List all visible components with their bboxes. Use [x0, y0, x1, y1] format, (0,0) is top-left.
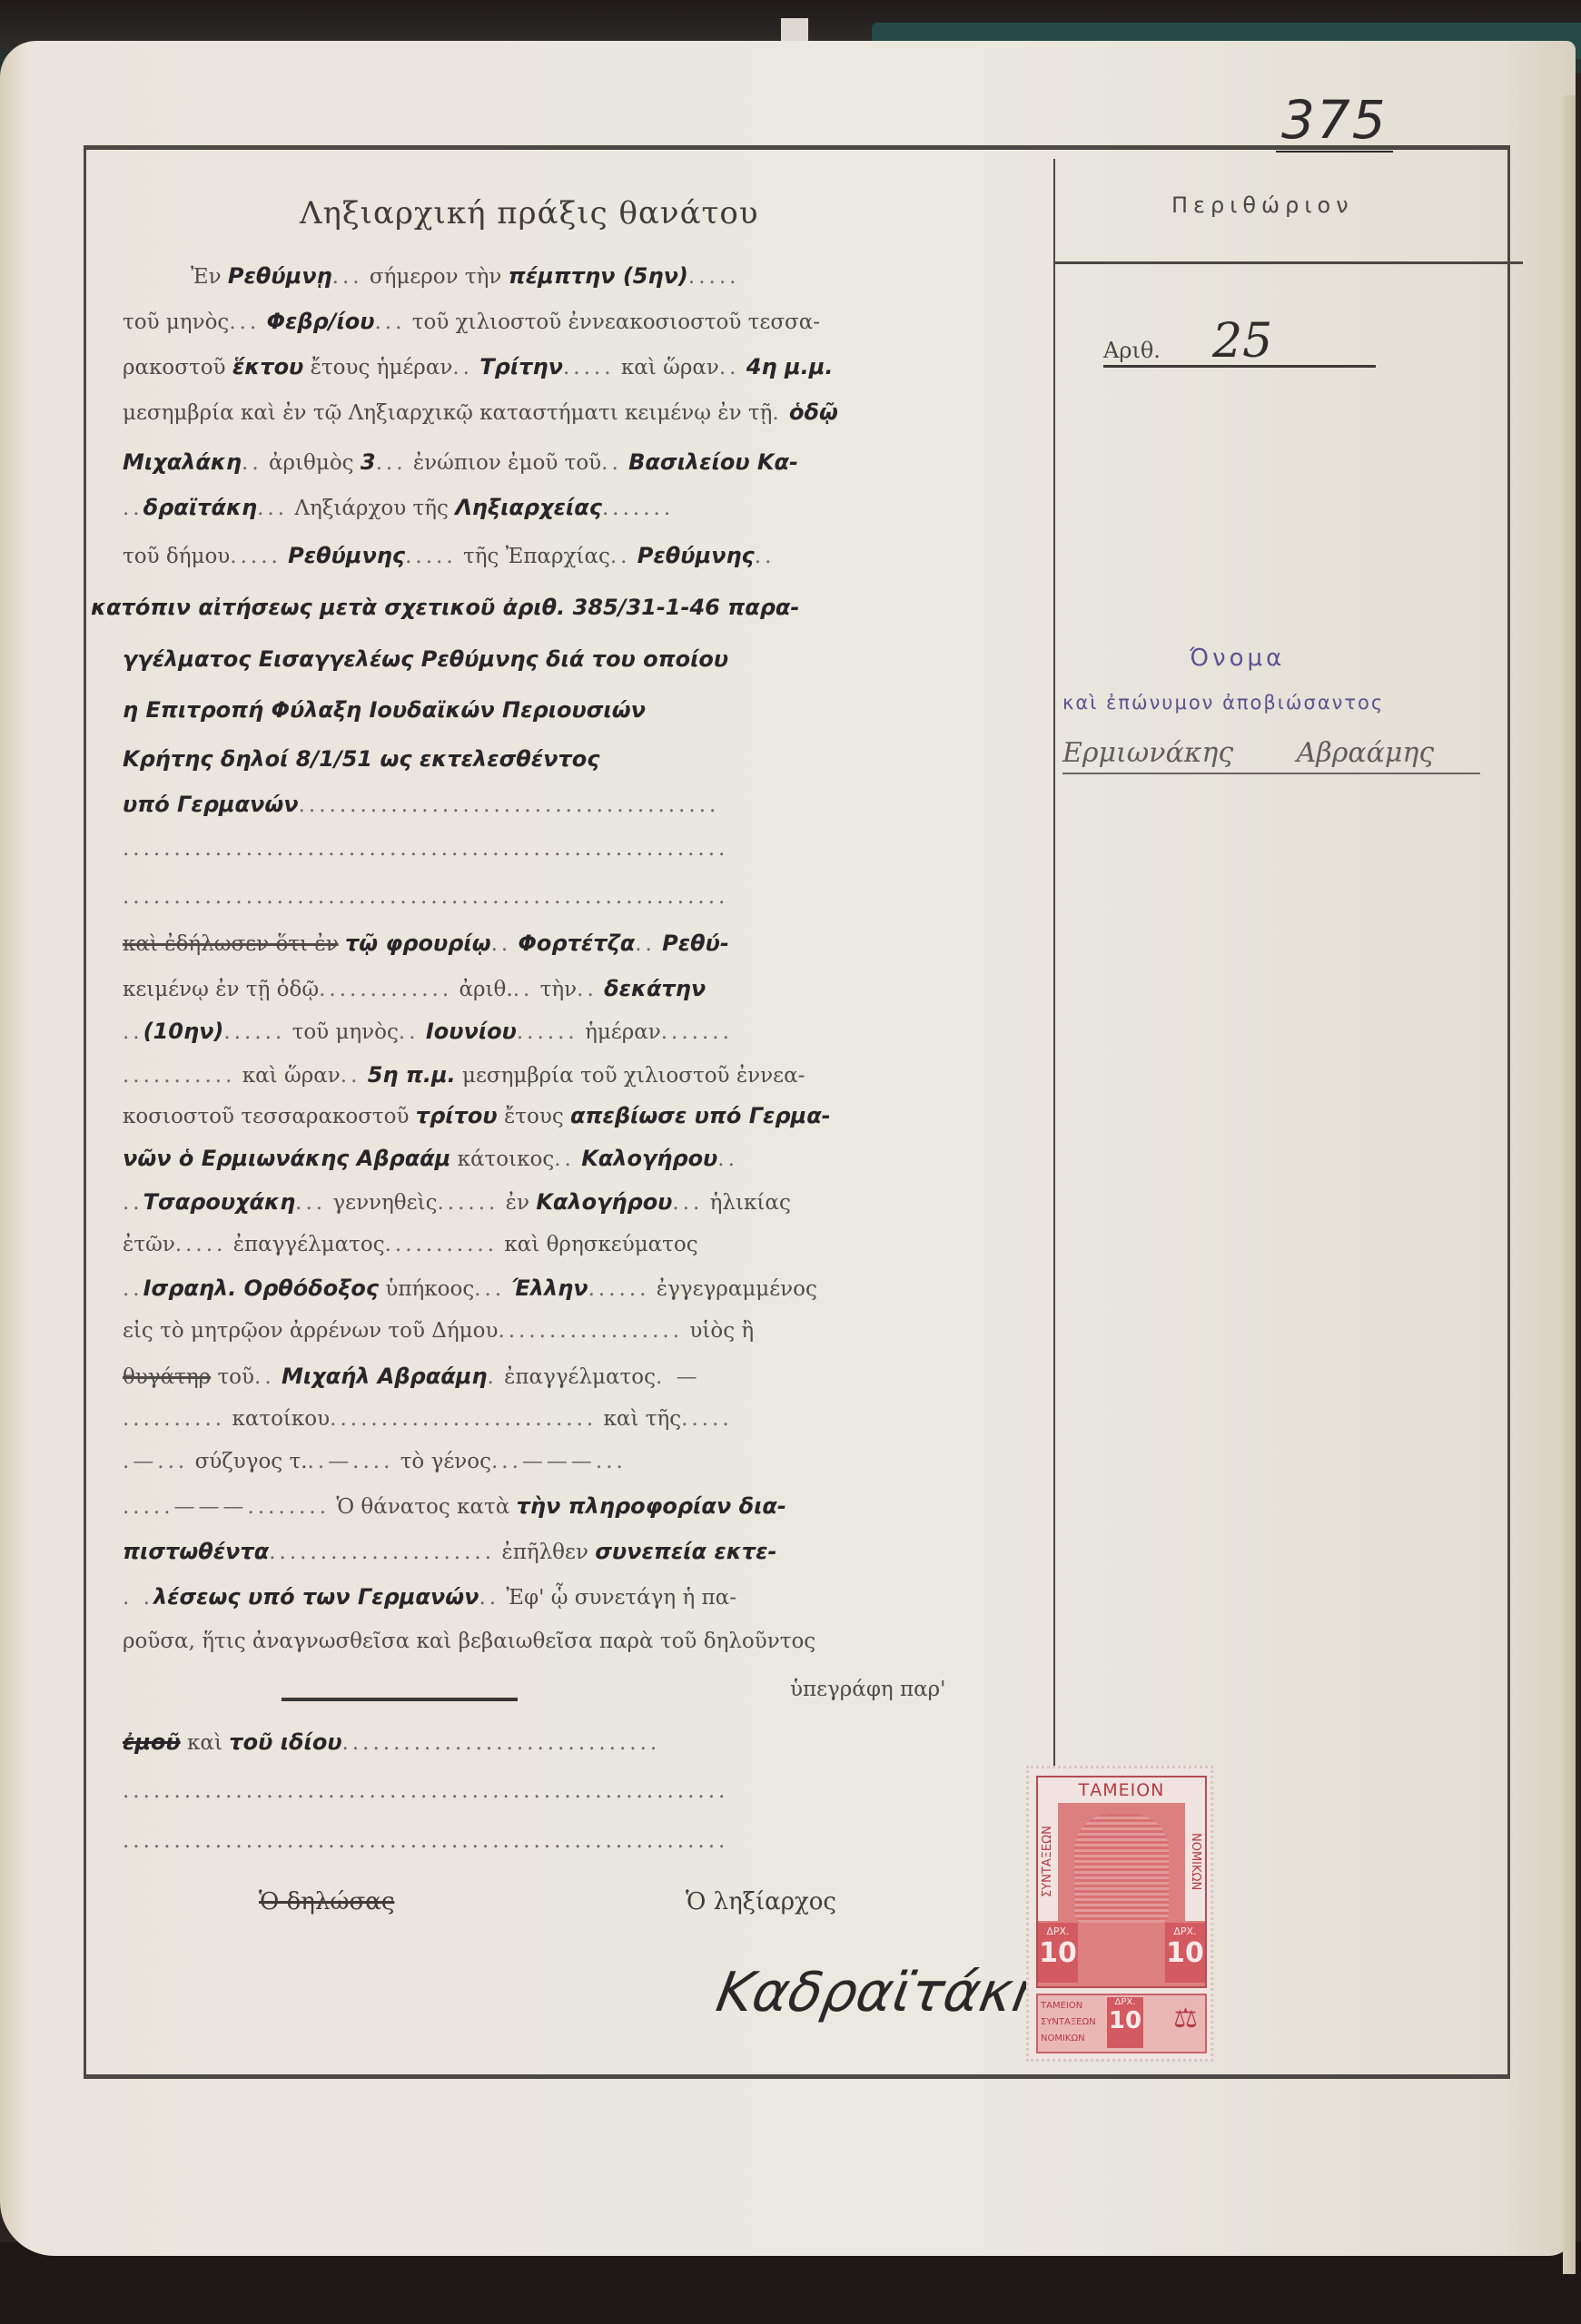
form-line-handwritten: γγέλματος Εισαγγελέως Ρεθύμνης διά του ο…	[123, 646, 1031, 686]
registrar-label: Ὁ ληξίαρχος	[686, 1888, 836, 1915]
name-stamp-subtitle: καὶ ἐπώνυμον ἀποβιώσαντος	[1062, 692, 1384, 714]
form-line: ἐτῶν..... ἐπαγγέλματος........... καὶ θρ…	[123, 1233, 1031, 1273]
form-line-handwritten: υπό Γερμανών............................…	[123, 792, 1031, 832]
form-line-blank: ........................................…	[123, 837, 1031, 877]
form-line: καὶ ἐδήλωσεν ὅτι ἐν τῷ φρουρίῳ.. Φορτέτζ…	[123, 931, 1031, 970]
form-line-handwritten: η Επιτροπή Φύλαξη Ιουδαϊκών Περιουσιών	[123, 697, 1031, 737]
form-line: πιστωθέντα...................... ἐπῆλθεν…	[123, 1539, 1031, 1579]
stamp-lower-text: ΤΑΜΕΙΟΝ ΣΥΝΤΑΞΕΩΝ ΝΟΜΙΚΩΝ	[1041, 1998, 1096, 2047]
stamp-right-text: ΝΟΜΙΚΩΝ	[1185, 1803, 1205, 1921]
justice-figure-icon	[1074, 1814, 1169, 1923]
form-line: ..(10ην)...... τοῦ μηνὸς.. Ιουνίου......…	[123, 1019, 1031, 1059]
revenue-stamp: ΤΑΜΕΙΟΝ ΣΥΝΤΑΞΕΩΝ ΝΟΜΙΚΩΝ ΔΡΧ. 10 ΔΡΧ. 1…	[1026, 1766, 1213, 2062]
declarant-label: Ὁ δηλώσας	[259, 1888, 394, 1915]
form-line: Μιχαλάκη.. ἀριθμὸς 3... ἐνώπιον ἐμοῦ τοῦ…	[123, 449, 1031, 489]
stamp-lower-section: ΤΑΜΕΙΟΝ ΣΥΝΤΑΞΕΩΝ ΝΟΜΙΚΩΝ ΔΡΧ. 10 ⚖	[1036, 1994, 1207, 2053]
form-line: .—... σύζυγος τ...—.... τὸ γένος...———..…	[123, 1450, 1031, 1490]
form-line: ρακοστοῦ ἕκτου ἔτους ἡμέραν.. Τρίτην....…	[123, 354, 1031, 394]
form-line: Ἐν Ρεθύμνῃ... σήμερον τὴν πέμπτην (5ην).…	[191, 263, 1099, 303]
stamp-value-right: ΔΡΧ. 10	[1165, 1923, 1205, 1983]
form-line: ..Τσαρουχάκη... γεννηθεὶς...... ἐν Καλογ…	[123, 1189, 1031, 1229]
form-line: .......... κατοίκου.....................…	[123, 1407, 1031, 1447]
stamp-top-text: ΤΑΜΕΙΟΝ	[1038, 1777, 1205, 1803]
form-line: ..Ισραηλ. Ορθόδοξος ὑπήκοος... Έλλην....…	[123, 1275, 1031, 1315]
form-line-blank: ........................................…	[123, 1829, 994, 1869]
stamp-lower-value: ΔΡΧ. 10	[1107, 1997, 1143, 2048]
name-stamp-title: Όνομα	[1190, 645, 1285, 672]
entry-number-value: 25	[1212, 314, 1272, 369]
form-line: ..δραϊτάκη... Ληξιάρχου τῆς Ληξιαρχείας.…	[123, 495, 1031, 535]
form-line: ὑπεγράφη παρ'	[790, 1678, 1026, 1718]
scales-icon: ⚖	[1173, 2003, 1198, 2034]
stamp-value-left: ΔΡΧ. 10	[1038, 1923, 1078, 1983]
form-line-handwritten: Κρήτης δηλοί 8/1/51 ως εκτελεσθέντος	[123, 746, 1031, 786]
margin-entry-number: Αριθ. 25	[1103, 329, 1376, 368]
page-edge	[1563, 95, 1576, 2274]
deceased-name: Ερμιωνάκης Αβραάμης	[1062, 737, 1480, 774]
page-number: 375	[1276, 89, 1393, 153]
form-line: . .λέσεως υπό των Γερμανών.. Ἐφ' ᾧ συνετ…	[123, 1584, 1031, 1624]
margin-title: Περιθώριον	[1171, 192, 1354, 218]
margin-header-divider	[1055, 261, 1523, 264]
blank-line-strike	[282, 1698, 518, 1701]
form-title: Ληξιαρχική πράξις θανάτου	[300, 195, 759, 231]
form-line: κοσιοστοῦ τεσσαρακοστοῦ τρίτου ἔτους απε…	[123, 1103, 1031, 1143]
form-line-blank: ........................................…	[123, 885, 1031, 925]
form-line-blank: ........................................…	[123, 1779, 994, 1819]
form-line: θυγάτηρ τοῦ.. Μιχαήλ Αβραάμη. ἐπαγγέλματ…	[123, 1364, 1031, 1403]
form-line-handwritten: κατόπιν αἰτήσεως μετὰ σχετικοῦ ἀριθ. 385…	[91, 595, 999, 635]
form-line: ........... καὶ ὥραν.. 5η π.μ. μεσημβρία…	[123, 1062, 1031, 1102]
form-line: μεσημβρία καὶ ἐν τῷ Ληξιαρχικῷ καταστήμα…	[123, 399, 1031, 439]
form-line: .....———........ Ὁ θάνατος κατὰ τὴν πληρ…	[123, 1493, 1031, 1533]
form-line: νῶν ὁ Ερμιωνάκης Αβραάμ κάτοικος.. Καλογ…	[123, 1146, 1031, 1186]
form-line: τοῦ δήμου..... Ρεθύμνης..... τῆς Ἐπαρχία…	[123, 543, 1031, 583]
stamp-left-text: ΣΥΝΤΑΞΕΩΝ	[1038, 1803, 1058, 1921]
entry-number-label: Αριθ.	[1103, 338, 1161, 363]
form-line: ἐμοῦ καὶ τοῦ ιδίου......................…	[123, 1729, 1031, 1769]
stamp-main: ΤΑΜΕΙΟΝ ΣΥΝΤΑΞΕΩΝ ΝΟΜΙΚΩΝ ΔΡΧ. 10 ΔΡΧ. 1…	[1036, 1776, 1207, 1988]
form-line: εἰς τὸ μητρῷον ἀρρένων τοῦ Δήμου........…	[123, 1319, 1031, 1359]
form-line: κειμένῳ ἐν τῇ ὁδῷ............. ἀριθ... τ…	[123, 976, 1031, 1016]
form-line: ροῦσα, ἥτις ἀναγνωσθεῖσα καὶ βεβαιωθεῖσα…	[123, 1630, 1031, 1669]
form-line: τοῦ μηνὸς... Φεβρ/ίου... τοῦ χιλιοστοῦ ἐ…	[123, 309, 1031, 349]
